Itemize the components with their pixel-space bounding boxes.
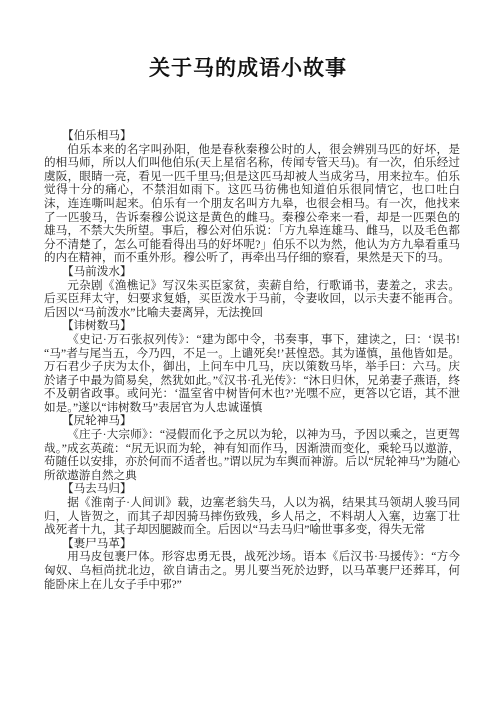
- section-maqian-poshui: 【马前泼水】 元杂剧《渔樵记》写汉朱买臣家贫，卖薪自给，行歌诵书，妻羞之，求去。…: [44, 265, 460, 319]
- section-heading: 【裹尸马革】: [44, 537, 460, 551]
- document-body: 【伯乐相马】 伯乐本来的名字叫孙阳，他是春秋秦穆公时的人，很会辨别马匹的好坏，是…: [0, 129, 496, 591]
- section-maqu-magui: 【马去马归】 据《淮南子·人间训》载，边塞老翁失马，人以为祸，结果其马领胡人骏马…: [44, 482, 460, 536]
- section-paragraph: 元杂剧《渔樵记》写汉朱买臣家贫，卖薪自给，行歌诵书，妻羞之，求去。后买臣拜太守，…: [44, 279, 460, 320]
- section-paragraph: 据《淮南子·人间训》载，边塞老翁失马，人以为祸，结果其马领胡人骏马同归，人皆贺之…: [44, 496, 460, 537]
- section-paragraph: 用马皮包裹尸体。形容忠勇无畏，战死沙场。语本《后汉书·马援传》：“方今匈奴、乌桓…: [44, 550, 460, 591]
- section-guoshi-mage: 【裹尸马革】 用马皮包裹尸体。形容忠勇无畏，战死沙场。语本《后汉书·马援传》：“…: [44, 537, 460, 591]
- section-paragraph: 《史记·万石张叔列传》：“建为郎中令，书奏事，事下，建读之，曰：‘误书!“马”者…: [44, 333, 460, 415]
- section-huishu-shuma: 【讳树数马】 《史记·万石张叔列传》：“建为郎中令，书奏事，事下，建读之，曰：‘…: [44, 319, 460, 414]
- section-heading: 【尻轮神马】: [44, 414, 460, 428]
- page-title: 关于马的成语小故事: [0, 0, 496, 82]
- section-kaolun-shenma: 【尻轮神马】 《庄子·大宗师》：“浸假而化予之尻以为轮，以神为马，予因以乘之，岂…: [44, 414, 460, 482]
- section-heading: 【伯乐相马】: [44, 129, 460, 143]
- section-paragraph: 《庄子·大宗师》：“浸假而化予之尻以为轮，以神为马，予因以乘之，岂更驾哉。”成玄…: [44, 428, 460, 482]
- section-paragraph: 伯乐本来的名字叫孙阳，他是春秋秦穆公时的人，很会辨别马匹的好坏，是的相马师，所以…: [44, 143, 460, 265]
- section-bole-xiangma: 【伯乐相马】 伯乐本来的名字叫孙阳，他是春秋秦穆公时的人，很会辨别马匹的好坏，是…: [44, 129, 460, 265]
- section-heading: 【讳树数马】: [44, 319, 460, 333]
- document-page: 关于马的成语小故事 【伯乐相马】 伯乐本来的名字叫孙阳，他是春秋秦穆公时的人，很…: [0, 0, 496, 702]
- section-heading: 【马前泼水】: [44, 265, 460, 279]
- section-heading: 【马去马归】: [44, 482, 460, 496]
